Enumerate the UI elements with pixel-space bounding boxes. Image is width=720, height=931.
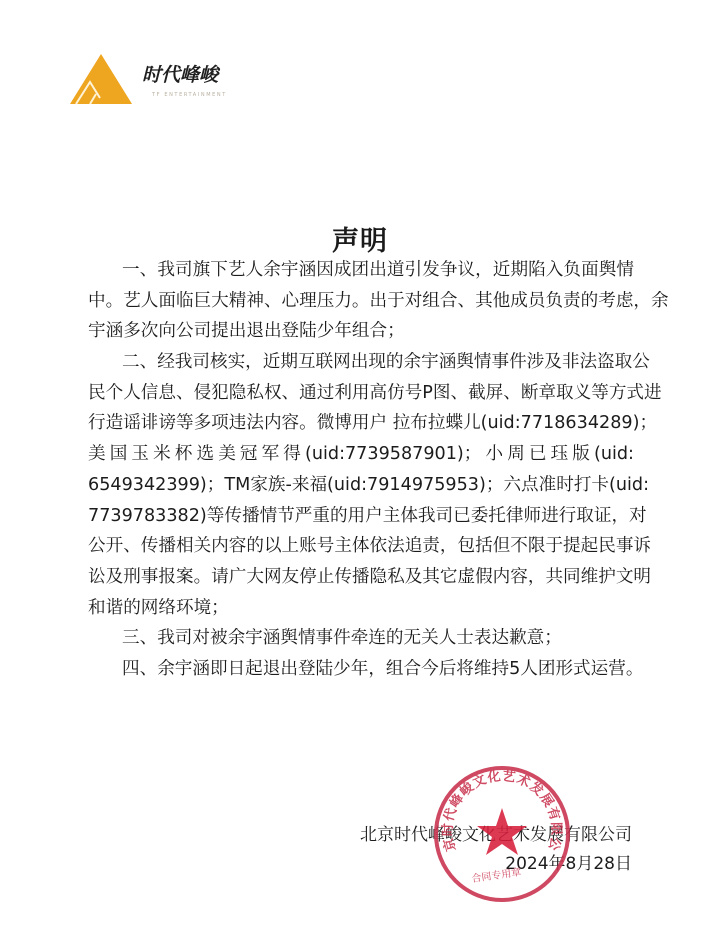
statement-body: 一、我司旗下艺人余宇涵因成团出道引发争议，近期陷入负面舆情 中。艺人面临巨大精神… — [88, 255, 634, 685]
paragraph-4-line-1: 四、余宇涵即日起退出登陆少年，组合今后将维持5人团形式运营。 — [88, 654, 634, 685]
page-title: 声明 — [0, 219, 720, 258]
paragraph-2-line-1: 二、经我司核实，近期互联网出现的余宇涵舆情事件涉及非法盗取公 — [88, 347, 634, 378]
paragraph-2-line-2: 民个人信息、侵犯隐私权、通过利用高仿号P图、截屏、断章取义等方式进 — [88, 378, 634, 409]
paragraph-2-line-4: 美国玉米杯选美冠军得(uid:7739587901)；小周已珏版(uid: — [88, 439, 634, 470]
paragraph-3-line-1: 三、我司对被余宇涵舆情事件牵连的无关人士表达歉意； — [88, 623, 634, 654]
paragraph-2-line-3: 行造谣诽谤等多项违法内容。微博用户 拉布拉蝶儿(uid:7718634289)； — [88, 408, 634, 439]
logo-brand-cn: 时代峰峻 — [142, 60, 218, 87]
paragraph-2-line-7: 公开、传播相关内容的以上账号主体依法追责，包括但不限于提起民事诉 — [88, 531, 634, 562]
logo-brand-en: TF ENTERTAINMENT — [152, 92, 227, 98]
triangle-logo-icon — [68, 52, 134, 106]
paragraph-2-line-6: 7739783382)等传播情节严重的用户主体我司已委托律师进行取证，对 — [88, 501, 634, 532]
paragraph-2-line-5: 6549342399)；TM家族-来福(uid:7914975953)；六点准时… — [88, 470, 634, 501]
paragraph-2-line-9: 和谐的网络环境； — [88, 593, 634, 624]
paragraph-1-line-1: 一、我司旗下艺人余宇涵因成团出道引发争议，近期陷入负面舆情 — [88, 255, 634, 286]
company-logo: 时代峰峻 TF ENTERTAINMENT — [68, 52, 238, 108]
paragraph-1-line-2: 中。艺人面临巨大精神、心理压力。出于对组合、其他成员负责的考虑，余 — [88, 286, 634, 317]
seal-footer-text: 合同专用章 — [471, 865, 522, 885]
company-seal-icon: 北京时代峰峻文化艺术发展有限公司 合同专用章 — [432, 764, 572, 904]
paragraph-1-line-3: 宇涵多次向公司提出退出登陆少年组合； — [88, 316, 634, 347]
paragraph-2-line-8: 讼及刑事报案。请广大网友停止传播隐私及其它虚假内容，共同维护文明 — [88, 562, 634, 593]
